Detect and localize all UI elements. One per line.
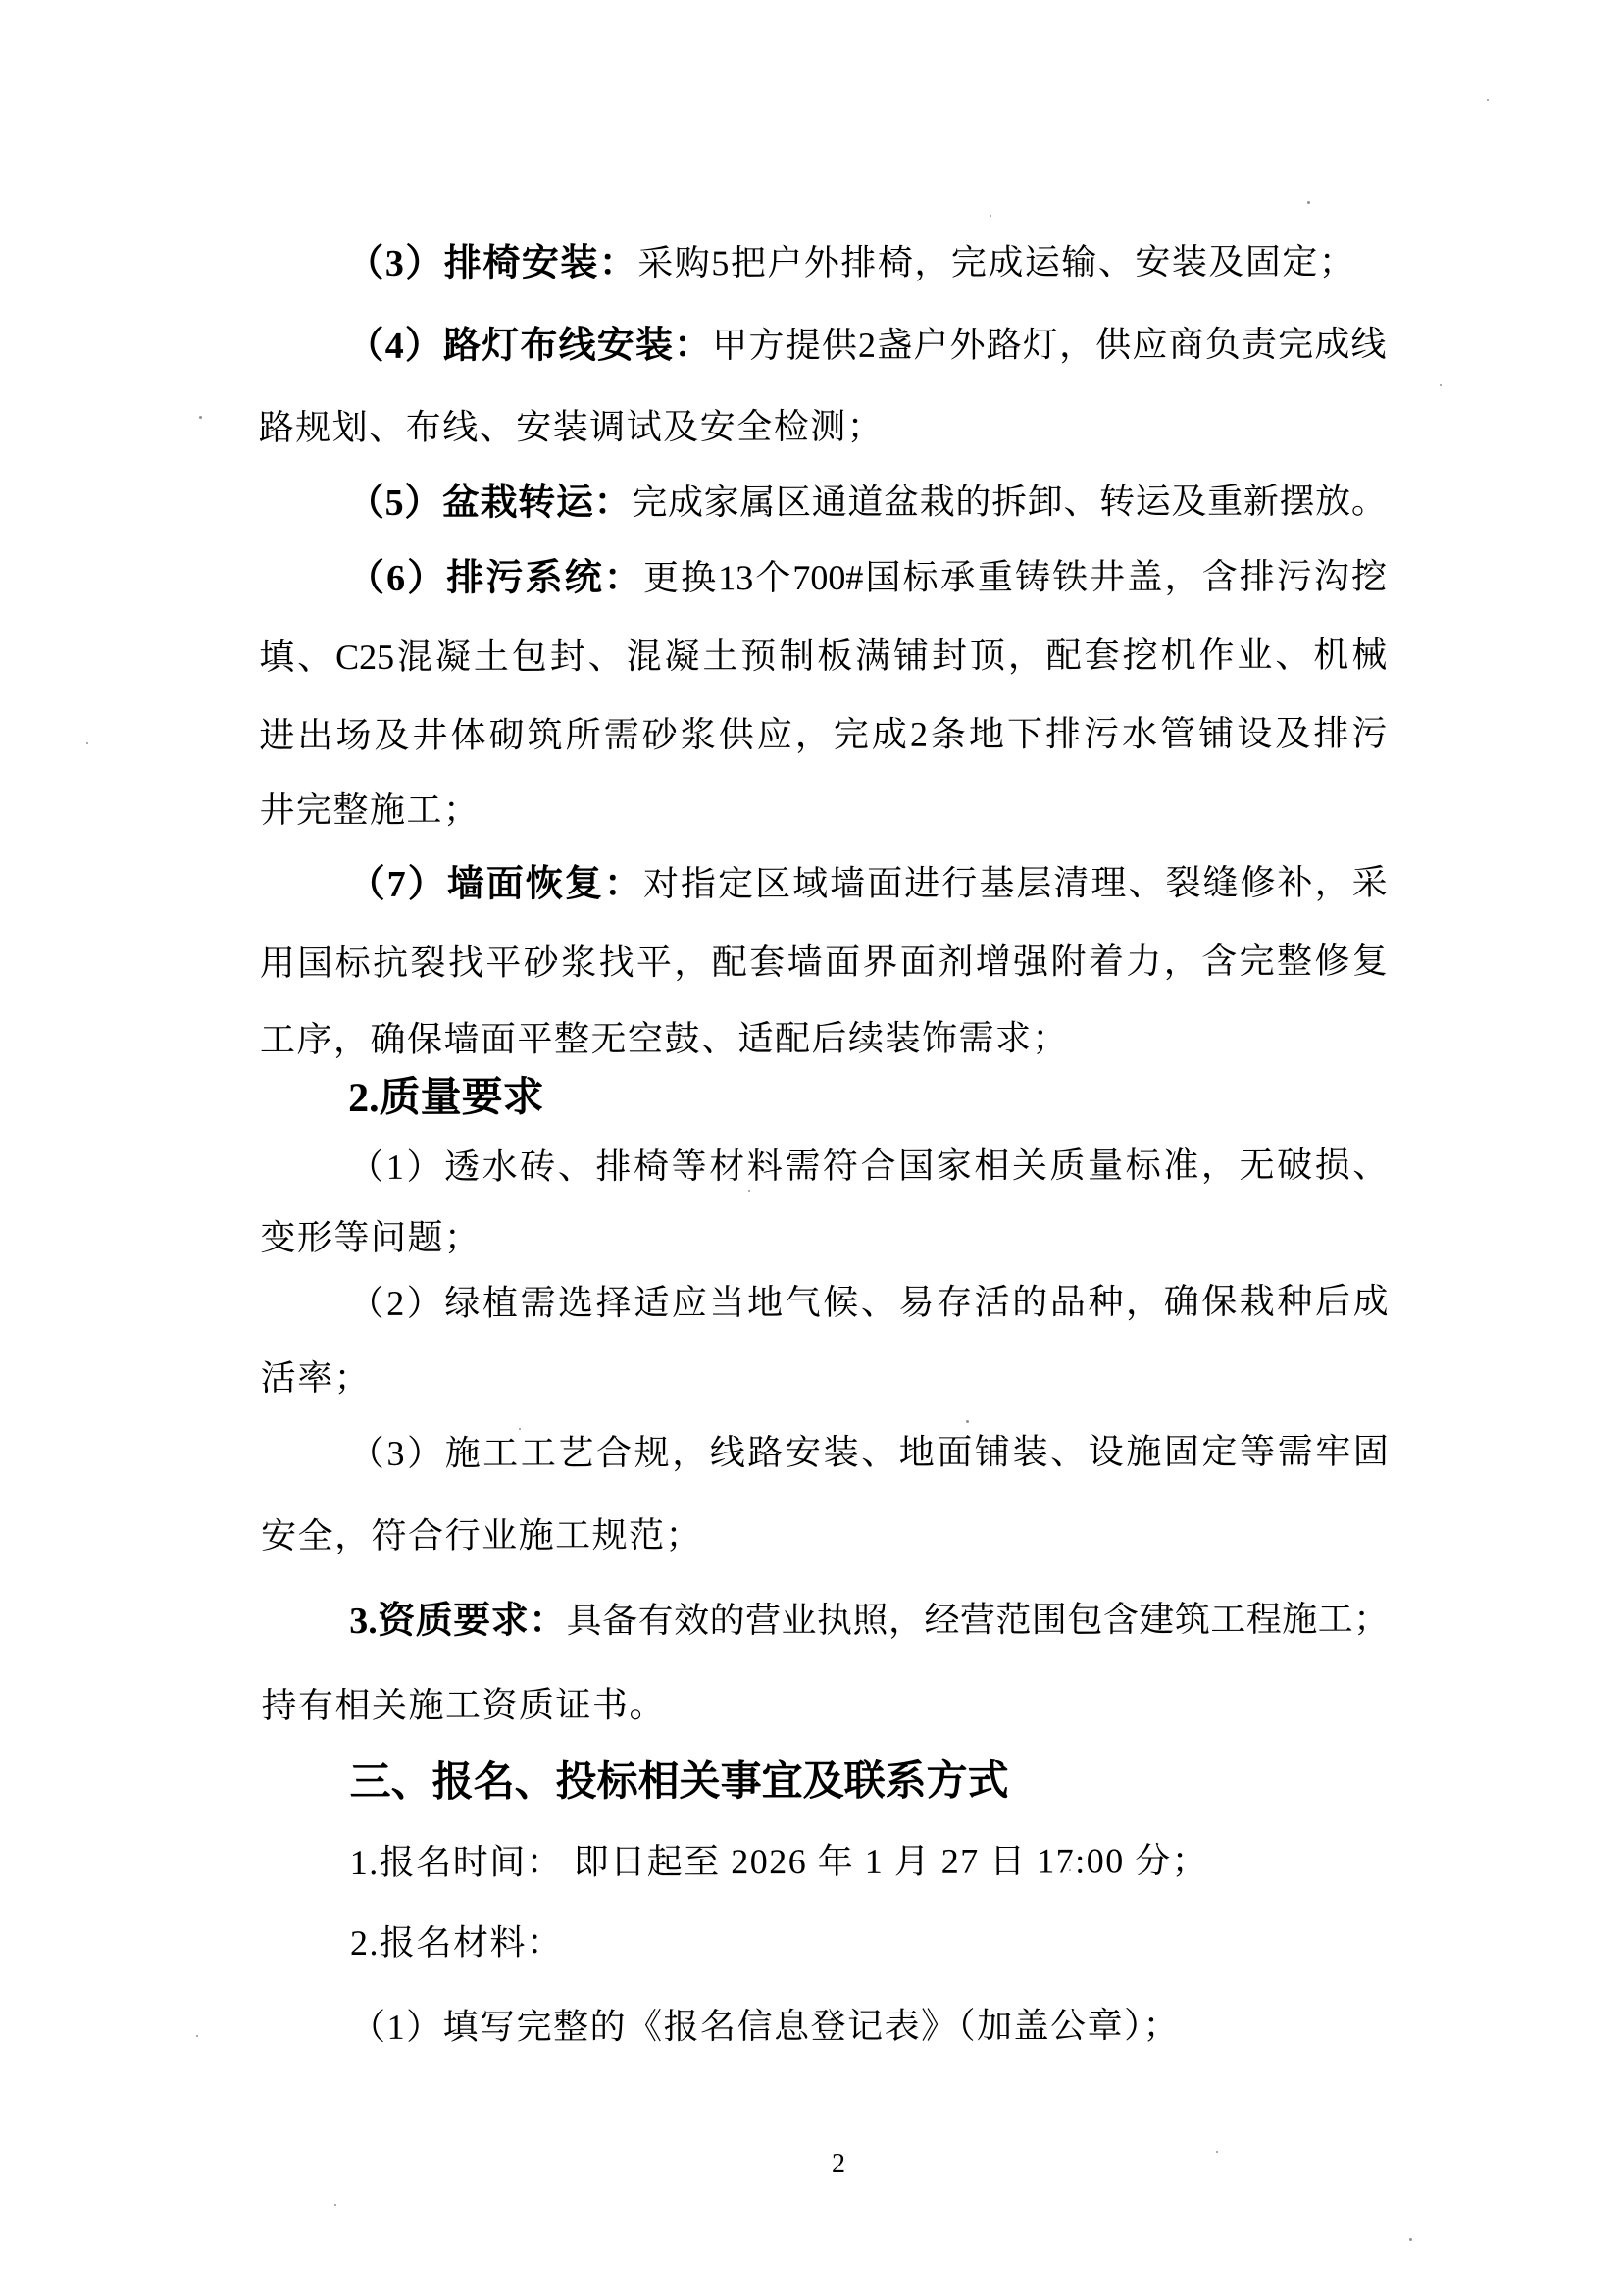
text-line: 井完整施工； — [259, 785, 1387, 834]
text-segment: 安全，符合行业施工规范； — [261, 1515, 702, 1555]
text-segment: （4）路灯布线安装： — [346, 325, 712, 367]
text-line: 变形等问题； — [260, 1212, 1388, 1261]
text-segment: 变形等问题； — [260, 1218, 481, 1257]
scan-speck — [196, 2035, 198, 2037]
scan-speck — [1409, 2238, 1412, 2241]
scan-speck — [1440, 384, 1442, 386]
section-heading: 三、报名、投标相关事宜及联系方式 — [262, 1758, 1390, 1807]
scan-speck — [1069, 1869, 1071, 1871]
text-segment: 对指定区域墙面进行基层清理、裂缝修补，采 — [643, 863, 1388, 904]
text-segment: 填、C25混凝土包封、混凝土预制板满铺封顶，配套挖机作业、机械 — [259, 636, 1387, 677]
text-segment: 具备有效的营业执照，经营范围包含建筑工程施工； — [567, 1600, 1390, 1641]
text-line: 用国标抗裂找平砂浆找平，配套墙面界面剂增强附着力，含完整修复 — [260, 938, 1388, 987]
scan-speck — [519, 1428, 521, 1430]
text-line: 路规划、布线、安装调试及安全检测； — [259, 402, 1387, 451]
text-segment: （1）透水砖、排椅等材料需符合国家相关质量标准，无破损、 — [348, 1146, 1388, 1187]
text-segment: 2.报名材料： — [350, 1923, 564, 1962]
text-line: 2.报名材料： — [262, 1917, 1390, 1966]
text-segment: 2.质量要求 — [348, 1076, 544, 1121]
text-line: 安全，符合行业施工规范； — [261, 1510, 1389, 1559]
scan-speck — [1307, 201, 1310, 204]
text-segment: （1）填写完整的《报名信息登记表》（加盖公章）； — [350, 2006, 1180, 2047]
text-line: 工序，确保墙面平整无空鼓、适配后续装饰需求； — [260, 1014, 1388, 1063]
text-segment: （3）施工工艺合规，线路安装、地面铺装、设施固定等需牢固 — [349, 1432, 1389, 1473]
text-segment: 采购5把户外排椅，完成运输、安装及固定； — [637, 242, 1355, 283]
text-segment: （6）排污系统： — [347, 557, 643, 599]
text-line: （1）透水砖、排椅等材料需符合国家相关质量标准，无破损、 — [260, 1142, 1388, 1191]
text-line: 1.报名时间： 即日起至 2026 年 1 月 27 日 17:00 分； — [262, 1837, 1390, 1886]
section-heading: 2.质量要求 — [260, 1073, 1388, 1122]
text-segment: 井完整施工； — [259, 790, 480, 830]
scan-speck — [990, 215, 991, 217]
text-segment: 用国标抗裂找平砂浆找平，配套墙面界面剂增强附着力，含完整修复 — [260, 942, 1388, 983]
text-line: （2）绿植需选择适应当地气候、易存活的品种，确保栽种后成 — [261, 1278, 1389, 1327]
scan-speck — [1487, 99, 1489, 101]
text-segment: 路规划、布线、安装调试及安全检测； — [259, 407, 885, 447]
scan-speck — [748, 1190, 750, 1192]
text-segment: 进出场及井体砌筑所需砂浆供应，完成2条地下排污水管铺设及排污 — [259, 714, 1387, 755]
text-segment: （2）绿植需选择适应当地气候、易存活的品种，确保栽种后成 — [349, 1282, 1389, 1323]
scan-speck — [86, 742, 88, 744]
text-line: 填、C25混凝土包封、混凝土预制板满铺封顶，配套挖机作业、机械 — [259, 632, 1387, 681]
text-segment: （3）排椅安装： — [346, 242, 637, 284]
text-line: 进出场及井体砌筑所需砂浆供应，完成2条地下排污水管铺设及排污 — [259, 710, 1387, 759]
text-segment: 活率； — [261, 1358, 372, 1398]
text-segment: 持有相关施工资质证书。 — [261, 1685, 666, 1725]
text-segment: 工序，确保墙面平整无空鼓、适配后续装饰需求； — [260, 1018, 1069, 1059]
scan-speck — [199, 416, 202, 419]
text-line: 3.资质要求：具备有效的营业执照，经营范围包含建筑工程施工； — [261, 1596, 1389, 1645]
text-line: （7）墙面恢复：对指定区域墙面进行基层清理、裂缝修补，采 — [260, 859, 1388, 908]
document-body: （3）排椅安装：采购5把户外排椅，完成运输、安装及固定；（4）路灯布线安装：甲方… — [0, 0, 1624, 2293]
text-segment: 三、报名、投标相关事宜及联系方式 — [350, 1759, 1009, 1806]
text-line: （5）盆栽转运：完成家属区通道盆栽的拆卸、转运及重新摆放。 — [259, 478, 1387, 527]
text-line: （6）排污系统：更换13个700#国标承重铸铁井盖，含排污沟挖 — [259, 553, 1387, 602]
text-segment: 1.报名时间： 即日起至 2026 年 1 月 27 日 17:00 分； — [350, 1841, 1209, 1882]
text-line: 活率； — [261, 1352, 1389, 1401]
scanned-document-page: （3）排椅安装：采购5把户外排椅，完成运输、安装及固定；（4）路灯布线安装：甲方… — [0, 0, 1624, 2293]
text-segment: 甲方提供2盏户外路灯，供应商负责完成线 — [712, 325, 1386, 365]
text-segment: 更换13个700#国标承重铸铁井盖，含排污沟挖 — [643, 557, 1387, 598]
text-segment: 3.资质要求： — [349, 1601, 566, 1642]
text-segment: （7）墙面恢复： — [348, 863, 643, 905]
text-line: （4）路灯布线安装：甲方提供2盏户外路灯，供应商负责完成线 — [258, 321, 1386, 370]
scan-speck — [806, 654, 808, 656]
scan-speck — [966, 1420, 969, 1423]
text-segment: 完成家属区通道盆栽的拆卸、转运及重新摆放。 — [632, 482, 1387, 523]
text-line: （3）排椅安装：采购5把户外排椅，完成运输、安装及固定； — [258, 238, 1386, 287]
text-line: （1）填写完整的《报名信息登记表》（加盖公章）； — [262, 2002, 1390, 2051]
text-line: 持有相关施工资质证书。 — [261, 1680, 1389, 1729]
scan-speck — [334, 2204, 336, 2206]
text-segment: （5）盆栽转运： — [347, 482, 633, 524]
scan-speck — [1216, 2151, 1218, 2153]
page-number: 2 — [832, 2150, 845, 2179]
text-line: （3）施工工艺合规，线路安装、地面铺装、设施固定等需牢固 — [261, 1428, 1389, 1477]
